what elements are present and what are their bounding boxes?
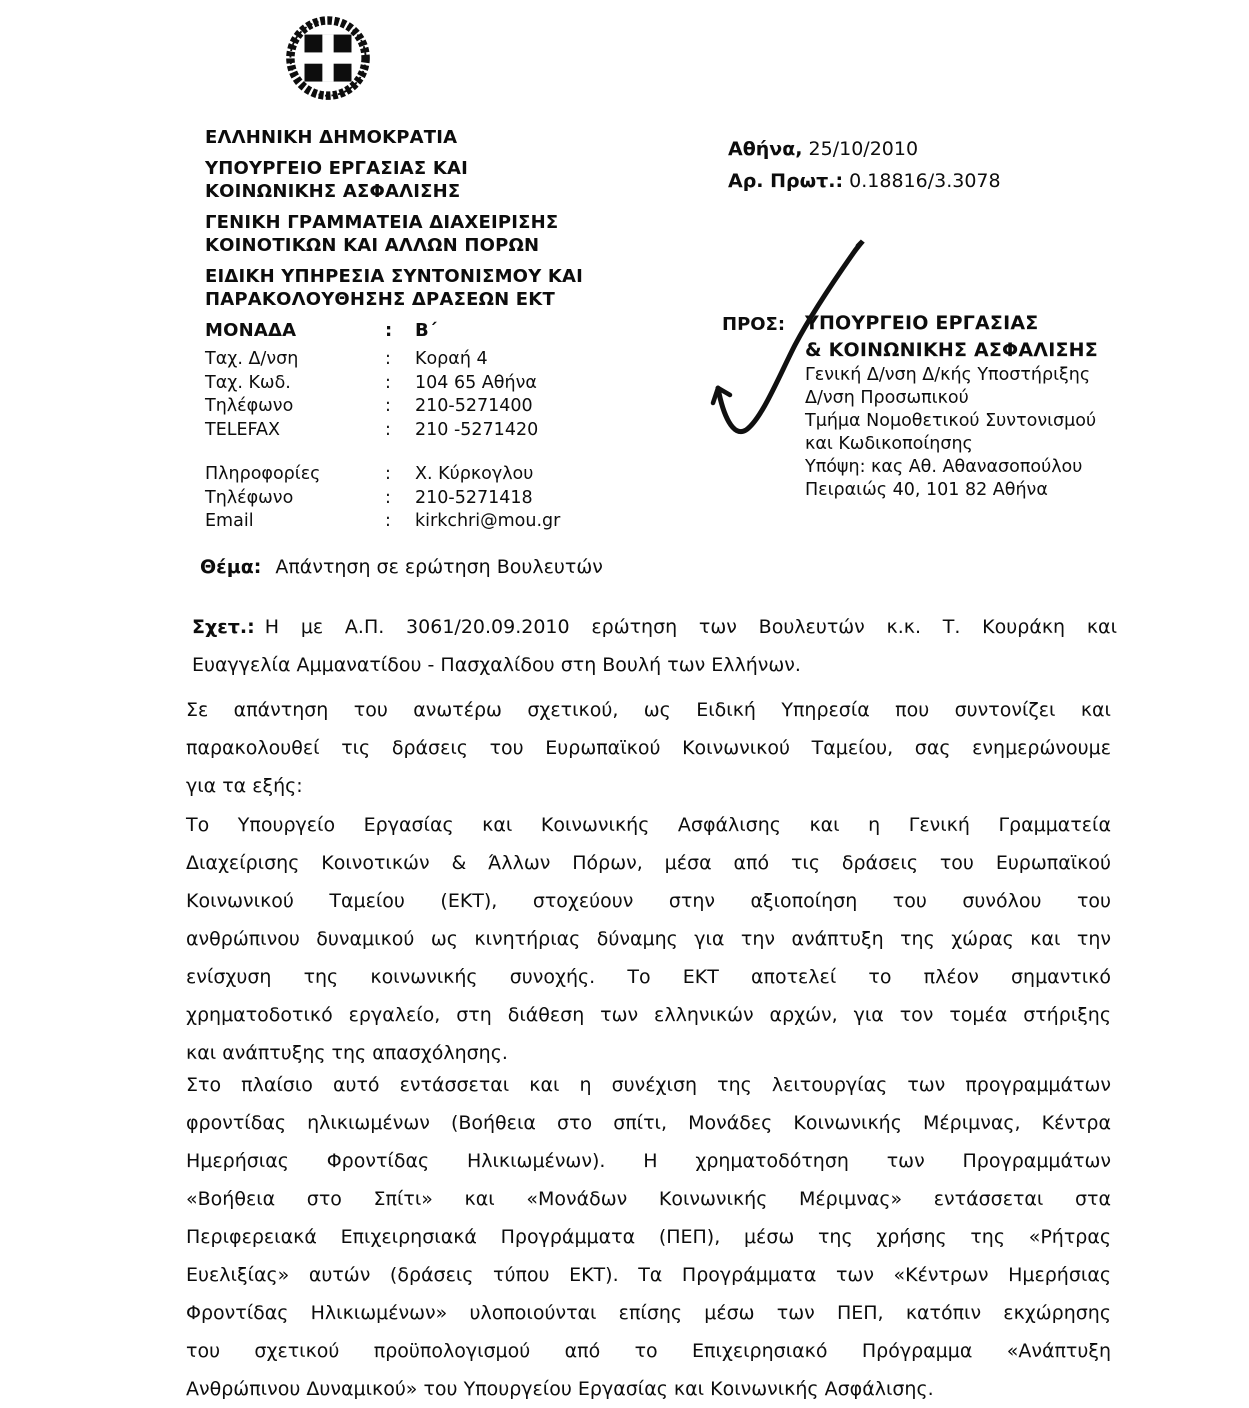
contact-group-address: Ταχ. Δ/νση:Κοραή 4 Ταχ. Κωδ.:104 65 Αθήν…	[205, 348, 560, 442]
letterhead-line: ΕΛΛΗΝΙΚΗ ΔΗΜΟΚΡΑΤΙΑ	[205, 126, 705, 149]
letterhead-line: ΥΠΟΥΡΓΕΙΟ ΕΡΓΑΣΙΑΣ ΚΑΙ	[205, 157, 705, 180]
body-line: Το Υπουργείο Εργασίας και Κοινωνικής Ασφ…	[186, 806, 1111, 844]
city-label: Αθήνα,	[728, 138, 803, 160]
contact-label: TELEFAX	[205, 419, 385, 443]
letterhead-line: ΕΙΔΙΚΗ ΥΠΗΡΕΣΙΑ ΣΥΝΤΟΝΙΣΜΟΥ ΚΑΙ	[205, 265, 705, 288]
protocol-value: 0.18816/3.3078	[849, 170, 1000, 192]
contact-value: 104 65 Αθήνα	[415, 372, 560, 396]
letterhead-line: ΠΑΡΑΚΟΛΟΥΘΗΣΗΣ ΔΡΑΣΕΩΝ ΕΚΤ	[205, 288, 705, 311]
letterhead-secretariat: ΓΕΝΙΚΗ ΓΡΑΜΜΑΤΕΙΑ ΔΙΑΧΕΙΡΙΣΗΣ ΚΟΙΝΟΤΙΚΩΝ…	[205, 211, 705, 257]
greek-coat-of-arms-icon	[280, 12, 376, 106]
recipient-line: Πειραιώς 40, 101 82 Αθήνα	[805, 479, 1098, 502]
protocol-row: Αρ. Πρωτ.: 0.18816/3.3078	[728, 165, 1001, 197]
contact-value: 210 -5271420	[415, 419, 560, 443]
recipient-line: Δ/νση Προσωπικού	[805, 387, 1098, 410]
subject-label: Θέμα:	[200, 556, 261, 578]
letterhead-service: ΕΙΔΙΚΗ ΥΠΗΡΕΣΙΑ ΣΥΝΤΟΝΙΣΜΟΥ ΚΑΙ ΠΑΡΑΚΟΛΟ…	[205, 265, 705, 311]
scanned-letter-page: ΕΛΛΗΝΙΚΗ ΔΗΜΟΚΡΑΤΙΑ ΥΠΟΥΡΓΕΙΟ ΕΡΓΑΣΙΑΣ Κ…	[0, 0, 1249, 1408]
body-line: Ευελιξίας» αυτών (δράσεις τύπου ΕΚΤ). Τα…	[186, 1256, 1111, 1294]
body-line: Κοινωνικού Ταμείου (ΕΚΤ), στοχεύουν στην…	[186, 882, 1111, 920]
body-line: Φροντίδας Ηλικιωμένων» υλοποιούνται επίσ…	[186, 1294, 1111, 1332]
contact-colon: :	[385, 463, 415, 487]
contact-colon: :	[385, 487, 415, 511]
body-line: Σε απάντηση του ανωτέρω σχετικού, ως Ειδ…	[186, 691, 1111, 729]
contact-value: 210-5271418	[415, 487, 560, 511]
contact-label: Τηλέφωνο	[205, 487, 385, 511]
dateline: Αθήνα, 25/10/2010 Αρ. Πρωτ.: 0.18816/3.3…	[728, 133, 1001, 197]
contact-label: Τηλέφωνο	[205, 395, 385, 419]
body-line: Διαχείρισης Κοινοτικών & Άλλων Πόρων, μέ…	[186, 844, 1111, 882]
letterhead-ministry: ΥΠΟΥΡΓΕΙΟ ΕΡΓΑΣΙΑΣ ΚΑΙ ΚΟΙΝΩΝΙΚΗΣ ΑΣΦΑΛΙ…	[205, 157, 705, 203]
letterhead: ΕΛΛΗΝΙΚΗ ΔΗΜΟΚΡΑΤΙΑ ΥΠΟΥΡΓΕΙΟ ΕΡΓΑΣΙΑΣ Κ…	[205, 126, 705, 342]
reference-block: Σχετ.:Η με Α.Π. 3061/20.09.2010 ερώτηση …	[192, 608, 1117, 684]
body-line: φροντίδας ηλικιωμένων (Βοήθεια στο σπίτι…	[186, 1104, 1111, 1142]
to-label: ΠΡΟΣ:	[722, 310, 805, 502]
recipient-line: και Κωδικοποίησης	[805, 433, 1098, 456]
contact-label: Ταχ. Κωδ.	[205, 372, 385, 396]
subject-text: Απάντηση σε ερώτηση Βουλευτών	[275, 556, 603, 578]
body-line: Στο πλαίσιο αυτό εντάσσεται και η συνέχι…	[186, 1066, 1111, 1104]
contact-label: Πληροφορίες	[205, 463, 385, 487]
body-line: παρακολουθεί τις δράσεις του Ευρωπαϊκού …	[186, 729, 1111, 767]
contact-value: Κοραή 4	[415, 348, 560, 372]
recipient-line: ΥΠΟΥΡΓΕΙΟ ΕΡΓΑΣΙΑΣ	[805, 310, 1098, 337]
contact-colon: :	[385, 510, 415, 534]
reference-label: Σχετ.:	[192, 616, 255, 638]
reference-line: Σχετ.:Η με Α.Π. 3061/20.09.2010 ερώτηση …	[192, 608, 1117, 646]
recipient-address: ΥΠΟΥΡΓΕΙΟ ΕΡΓΑΣΙΑΣ & ΚΟΙΝΩΝΙΚΗΣ ΑΣΦΑΛΙΣΗ…	[805, 310, 1098, 502]
unit-row: ΜΟΝΑΔΑ : Β΄	[205, 319, 705, 342]
body-paragraph-1: Σε απάντηση του ανωτέρω σχετικού, ως Ειδ…	[186, 691, 1111, 805]
body-line: Περιφερειακά Επιχειρησιακά Προγράμματα (…	[186, 1218, 1111, 1256]
subject-row: Θέμα:Απάντηση σε ερώτηση Βουλευτών	[200, 556, 1130, 578]
contact-group-info: Πληροφορίες:Χ. Κύρκογλου Τηλέφωνο:210-52…	[205, 463, 560, 534]
body-line: χρηματοδοτικό εργαλείο, στη διάθεση των …	[186, 996, 1111, 1034]
body-paragraph-3: Στο πλαίσιο αυτό εντάσσεται και η συνέχι…	[186, 1066, 1111, 1408]
date-value: 25/10/2010	[809, 138, 919, 160]
body-line: για τα εξής:	[186, 767, 1111, 805]
recipient-line: Γενική Δ/νση Δ/κής Υποστήριξης	[805, 364, 1098, 387]
recipient-block: ΠΡΟΣ: ΥΠΟΥΡΓΕΙΟ ΕΡΓΑΣΙΑΣ & ΚΟΙΝΩΝΙΚΗΣ ΑΣ…	[722, 310, 1098, 502]
contact-label: Ταχ. Δ/νση	[205, 348, 385, 372]
body-line: Ανθρώπινου Δυναμικού» του Υπουργείου Εργ…	[186, 1370, 1111, 1408]
contact-colon: :	[385, 348, 415, 372]
letterhead-line: ΚΟΙΝΟΤΙΚΩΝ ΚΑΙ ΑΛΛΩΝ ΠΟΡΩΝ	[205, 234, 705, 257]
protocol-label: Αρ. Πρωτ.:	[728, 170, 843, 192]
date-row: Αθήνα, 25/10/2010	[728, 133, 1001, 165]
recipient-line: Υπόψη: κας Αθ. Αθανασοπούλου	[805, 456, 1098, 479]
contact-value: 210-5271400	[415, 395, 560, 419]
body-paragraph-2: Το Υπουργείο Εργασίας και Κοινωνικής Ασφ…	[186, 806, 1111, 1072]
recipient-line: Τμήμα Νομοθετικού Συντονισμού	[805, 410, 1098, 433]
reference-line: Ευαγγελία Αμμανατίδου - Πασχαλίδου στη Β…	[192, 646, 1117, 684]
contact-value: Χ. Κύρκογλου	[415, 463, 560, 487]
letterhead-line: ΚΟΙΝΩΝΙΚΗΣ ΑΣΦΑΛΙΣΗΣ	[205, 180, 705, 203]
body-line: ανθρώπινου δυναμικού ως κινητήριας δύναμ…	[186, 920, 1111, 958]
unit-label: ΜΟΝΑΔΑ	[205, 319, 385, 342]
contact-colon: :	[385, 395, 415, 419]
contact-value: kirkchri@mou.gr	[415, 510, 560, 534]
contact-colon: :	[385, 419, 415, 443]
contact-block: Ταχ. Δ/νση:Κοραή 4 Ταχ. Κωδ.:104 65 Αθήν…	[205, 348, 560, 534]
body-line: ενίσχυση της κοινωνικής συνοχής. Το ΕΚΤ …	[186, 958, 1111, 996]
body-line: του σχετικού προϋπολογισμού από το Επιχε…	[186, 1332, 1111, 1370]
unit-value: Β΄	[415, 319, 437, 342]
recipient-line: & ΚΟΙΝΩΝΙΚΗΣ ΑΣΦΑΛΙΣΗΣ	[805, 337, 1098, 364]
contact-colon: :	[385, 372, 415, 396]
body-line: Ημερήσιας Φροντίδας Ηλικιωμένων). Η χρημ…	[186, 1142, 1111, 1180]
reference-text: Η με Α.Π. 3061/20.09.2010 ερώτηση των Βο…	[265, 616, 1117, 638]
contact-label: Email	[205, 510, 385, 534]
unit-colon: :	[385, 319, 415, 342]
body-line: «Βοήθεια στο Σπίτι» και «Μονάδων Κοινωνι…	[186, 1180, 1111, 1218]
letterhead-line: ΓΕΝΙΚΗ ΓΡΑΜΜΑΤΕΙΑ ΔΙΑΧΕΙΡΙΣΗΣ	[205, 211, 705, 234]
